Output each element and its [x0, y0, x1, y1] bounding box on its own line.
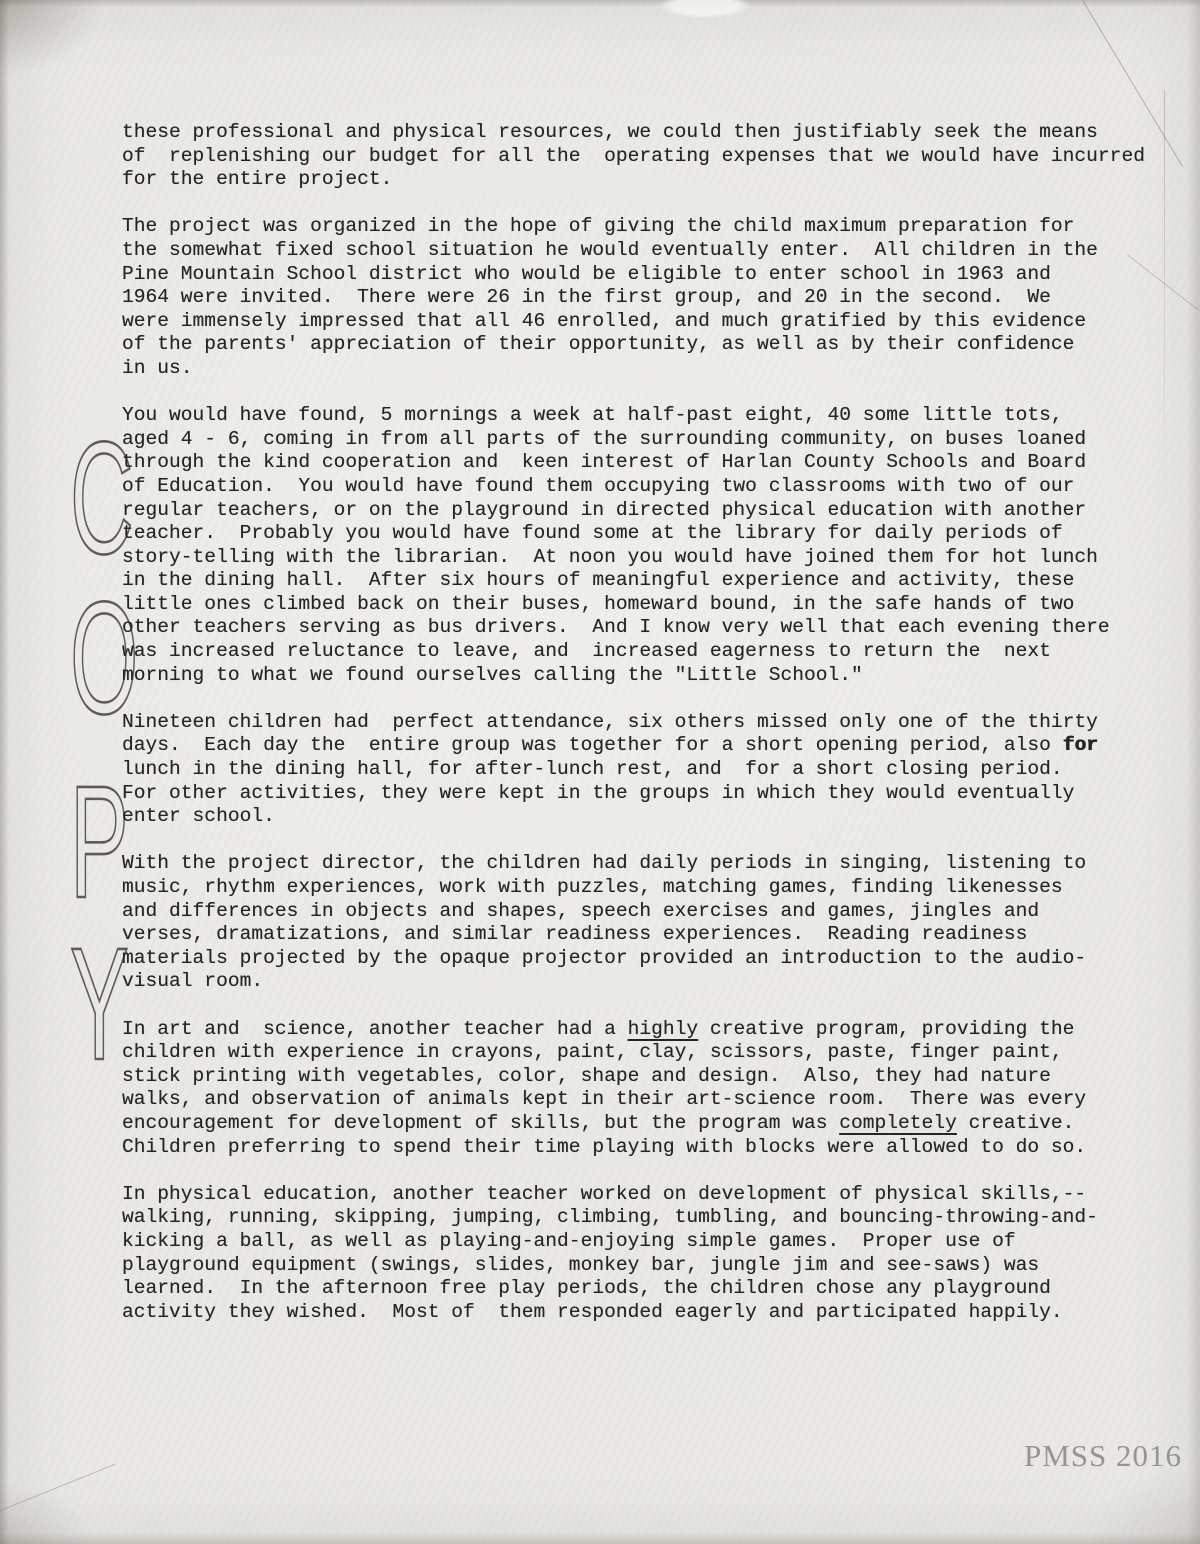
- paragraph: In physical education, another teacher w…: [122, 1183, 1172, 1325]
- typed-line: of replenishing our budget for all the o…: [122, 145, 1172, 169]
- crease-bottom-left: [0, 1464, 115, 1514]
- typed-line: of the parents' appreciation of their op…: [122, 333, 1172, 357]
- stamp-letter-p: P: [70, 762, 129, 922]
- typed-line: the somewhat fixed school situation he w…: [122, 239, 1172, 263]
- typed-line: Children preferring to spend their time …: [122, 1136, 1172, 1160]
- typed-line: 1964 were invited. There were 26 in the …: [122, 286, 1172, 310]
- typed-line: With the project director, the children …: [122, 852, 1172, 876]
- typed-line: in us.: [122, 357, 1172, 381]
- typed-line: regular teachers, or on the playground i…: [122, 499, 1172, 523]
- typed-line: in the dining hall. After six hours of m…: [122, 569, 1172, 593]
- typed-line: walking, running, skipping, jumping, cli…: [122, 1206, 1172, 1230]
- typed-line: kicking a ball, as well as playing-and-e…: [122, 1230, 1172, 1254]
- typed-line: materials projected by the opaque projec…: [122, 947, 1172, 971]
- typed-line: teacher. Probably you would have found s…: [122, 522, 1172, 546]
- typed-line: enter school.: [122, 805, 1172, 829]
- typed-line: activity they wished. Most of them respo…: [122, 1301, 1172, 1325]
- paragraph: In art and science, another teacher had …: [122, 1018, 1172, 1160]
- typed-line: were immensely impressed that all 46 enr…: [122, 310, 1172, 334]
- typed-line: In physical education, another teacher w…: [122, 1183, 1172, 1207]
- stamp-letter-y: Y: [70, 924, 129, 1084]
- typed-line: through the kind cooperation and keen in…: [122, 451, 1172, 475]
- typed-line: encouragement for development of skills,…: [122, 1112, 1172, 1136]
- typed-line: The project was organized in the hope of…: [122, 215, 1172, 239]
- typed-line: other teachers serving as bus drivers. A…: [122, 616, 1172, 640]
- typed-line: music, rhythm experiences, work with puz…: [122, 876, 1172, 900]
- typed-line: for the entire project.: [122, 168, 1172, 192]
- scanned-page: COPY these professional and physical res…: [0, 0, 1200, 1544]
- typed-line: morning to what we found ourselves calli…: [122, 664, 1172, 688]
- paragraph: Nineteen children had perfect attendance…: [122, 711, 1172, 829]
- typed-line: was increased reluctance to leave, and i…: [122, 640, 1172, 664]
- typed-line: You would have found, 5 mornings a week …: [122, 404, 1172, 428]
- typed-line: playground equipment (swings, slides, mo…: [122, 1254, 1172, 1278]
- typed-line: lunch in the dining hall, for after-lunc…: [122, 758, 1172, 782]
- typed-text: these professional and physical resource…: [122, 121, 1172, 1348]
- typed-line: Nineteen children had perfect attendance…: [122, 711, 1172, 735]
- typed-line: of Education. You would have found them …: [122, 475, 1172, 499]
- typed-line: In art and science, another teacher had …: [122, 1018, 1172, 1042]
- typed-line: days. Each day the entire group was toge…: [122, 734, 1172, 758]
- page-edge-shadow: [1164, 90, 1165, 510]
- typed-line: walks, and observation of animals kept i…: [122, 1088, 1172, 1112]
- typed-line: visual room.: [122, 970, 1172, 994]
- paragraph: With the project director, the children …: [122, 852, 1172, 994]
- typed-line: story-telling with the librarian. At noo…: [122, 546, 1172, 570]
- typed-line: stick printing with vegetables, color, s…: [122, 1065, 1172, 1089]
- typed-line: children with experience in crayons, pai…: [122, 1041, 1172, 1065]
- typed-line: little ones climbed back on their buses,…: [122, 593, 1172, 617]
- typed-line: and differences in objects and shapes, s…: [122, 900, 1172, 924]
- archive-watermark: PMSS 2016: [1024, 1438, 1182, 1474]
- typed-line: Pine Mountain School district who would …: [122, 263, 1172, 287]
- typed-line: learned. In the afternoon free play peri…: [122, 1277, 1172, 1301]
- typed-line: verses, dramatizations, and similar read…: [122, 923, 1172, 947]
- paragraph: You would have found, 5 mornings a week …: [122, 404, 1172, 687]
- paragraph: The project was organized in the hope of…: [122, 215, 1172, 380]
- typed-line: these professional and physical resource…: [122, 121, 1172, 145]
- typed-line: aged 4 - 6, coming in from all parts of …: [122, 428, 1172, 452]
- paragraph: these professional and physical resource…: [122, 121, 1172, 192]
- typed-line: For other activities, they were kept in …: [122, 782, 1172, 806]
